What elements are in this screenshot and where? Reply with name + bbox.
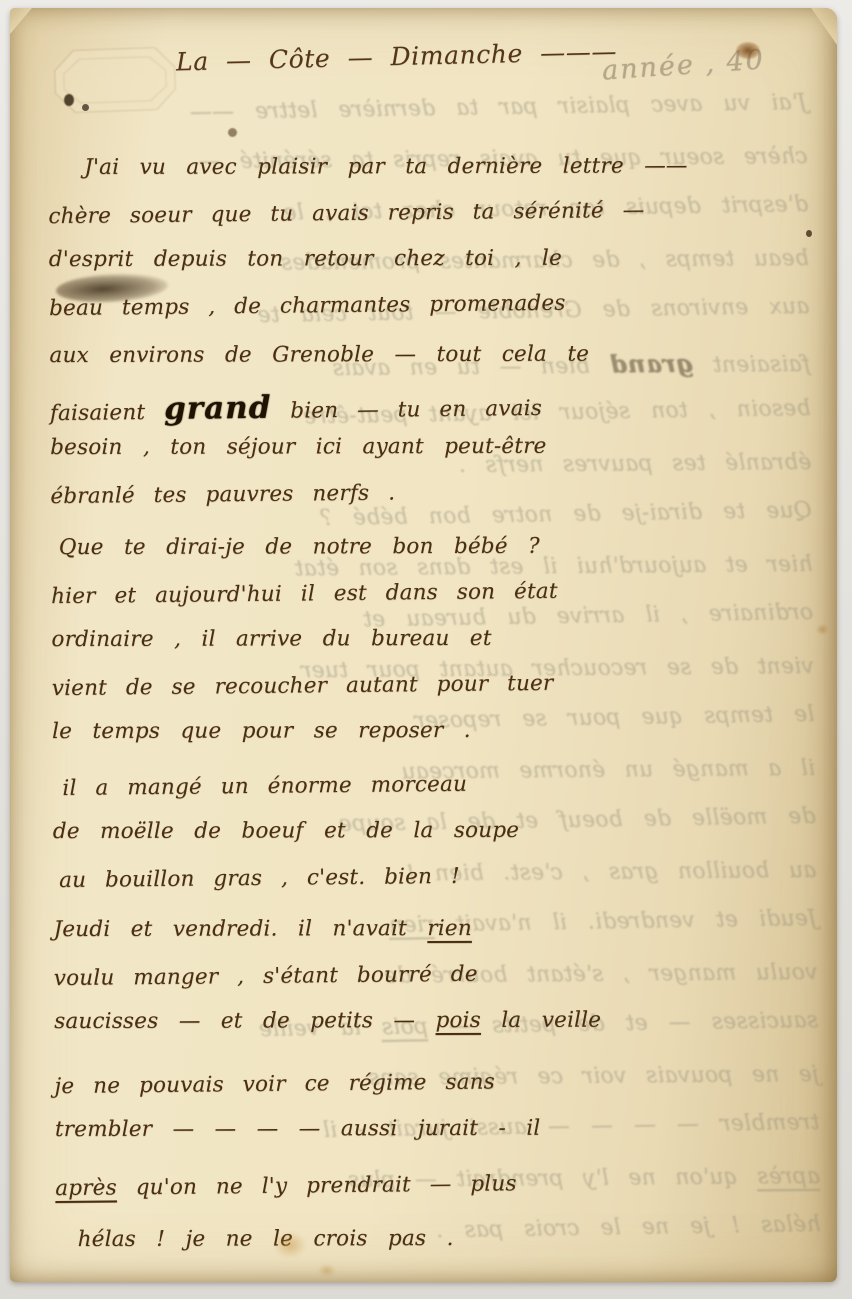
ink-speck [64,94,74,106]
letter-text: le temps que pour se reposer . [52,718,471,744]
letter-text: Que te dirai-je de notre bon bébé ? [59,534,540,560]
letter-text: de moëlle de boeuf et de la soupe [53,818,519,844]
manuscript-scan: J'ai vu avec plaisir par ta dernière let… [0,0,852,1299]
letter-line: saucisses — et de petits — pois la veill… [46,1007,836,1055]
letter-text: il a mangé un énorme morceau [62,772,467,801]
letter-text: je ne pouvais voir ce régime sans [54,1069,495,1099]
letter-line: de moëlle de boeuf et de la soupe [45,817,835,865]
ink-speck [82,104,89,111]
letter-page: J'ai vu avec plaisir par ta dernière let… [10,8,837,1282]
letter-text: hier et aujourd'hui il est dans son état [51,579,558,609]
letter-line: voulu manger , s'étant bourré de [46,958,836,1012]
stamp-center [64,57,165,102]
letter-text: faisaient [50,400,165,426]
yellow-stain-bottom [274,1232,306,1258]
letter-line: hier et aujourd'hui il est dans son état [43,576,833,630]
letter-text: rien [427,916,472,941]
letter-text: voulu manger , s'étant bourré de [54,962,478,991]
letter-text: besoin , ton séjour ici ayant peut-être [50,434,546,460]
letter-text: bien — tu en avais [271,396,542,424]
letter-text: pois [436,1008,481,1033]
letter-line: besoin , ton séjour ici ayant peut-être [42,433,832,481]
yellow-stain-bottom [318,1264,336,1277]
letter-text: J'ai vu avec plaisir par ta dernière let… [84,153,687,180]
letter-line: trembler — — — — aussi jurait - il [47,1115,837,1163]
letter-text: après [55,1175,117,1201]
letter-text: ordinaire , il arrive du bureau et [51,626,491,652]
letter-line: vient de se recoucher autant pour tuer [44,668,834,722]
letter-line: faisaient grand bien — tu en avais [42,384,832,438]
letter-line: au bouillon gras , c'est. bien ! [45,860,835,914]
letter-text: chère soeur que tu avais repris ta sérén… [48,198,644,229]
letter-line: Que te dirai-je de notre bon bébé ? [43,533,833,581]
ink-speck [806,230,812,237]
letter-line: J'ai vu avec plaisir par ta dernière let… [40,153,830,201]
letter-text: grand [164,390,272,427]
letter-line: ébranlé tes pauvres nerfs . [42,476,832,530]
letter-text: au bouillon gras , c'est. bien ! [59,864,460,893]
letter-text: la veille [481,1008,601,1033]
letter-text: saucisses — et de petits — [54,1008,435,1034]
letter-line: Jeudi et vendredi. il n'avait rien [46,915,836,963]
letter-text: J'ai vu avec plaisir par ta dernière let… [190,90,808,125]
brown-stain-top-right [736,42,760,59]
letter-line: ordinaire , il arrive du bureau et [43,625,833,673]
ink-speck [228,128,237,137]
letter-heading-place-day: La — Côte — Dimanche ——— [176,37,618,77]
letter-text: qu'on ne l'y prendrait — plus [117,1171,517,1200]
worn-corner-top-left [10,8,32,34]
letter-line: hélas ! je ne le crois pas . [48,1225,837,1273]
letter-line: il a mangé un énorme morceau [44,768,834,822]
letter-text: ébranlé tes pauvres nerfs . [50,480,395,509]
folded-corner-top-right [809,8,837,48]
letter-text: d'esprit depuis ton retour chez toi , le [49,246,562,272]
foxing-stain-right [816,624,829,635]
letter-line: chère soeur que tu avais repris ta sérén… [40,196,830,250]
letter-line: le temps que pour se reposer . [44,717,834,765]
letter-text: vient de se recoucher autant pour tuer [52,671,554,701]
letter-line: je ne pouvais voir ce régime sans [46,1066,836,1120]
letter-line: beau temps , de charmantes promenades [41,288,831,342]
letter-text: hélas ! je ne le crois pas . [78,1226,454,1252]
letter-line: après qu'on ne l'y prendrait — plus [47,1168,837,1222]
letter-text: aux environs de Grenoble — tout cela te [50,342,590,368]
letter-text: Jeudi et vendredi. il n'avait [54,916,428,942]
letter-text: trembler — — — — aussi jurait - il [55,1116,541,1142]
letter-line: aux environs de Grenoble — tout cela te [42,341,832,389]
letter-body: J'ai vu avec plaisir par ta dernière let… [40,151,837,1274]
